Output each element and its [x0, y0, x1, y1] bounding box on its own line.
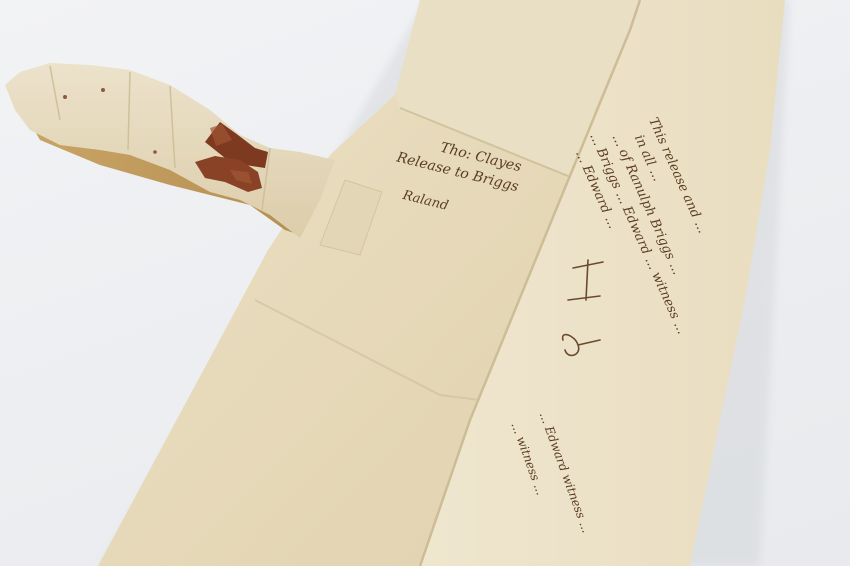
parchment-illustration: Tho: Clayes Release to Briggs Raland Thi… [0, 0, 850, 566]
seal-tag [5, 63, 335, 238]
photo-scene: Tho: Clayes Release to Briggs Raland Thi… [0, 0, 850, 566]
